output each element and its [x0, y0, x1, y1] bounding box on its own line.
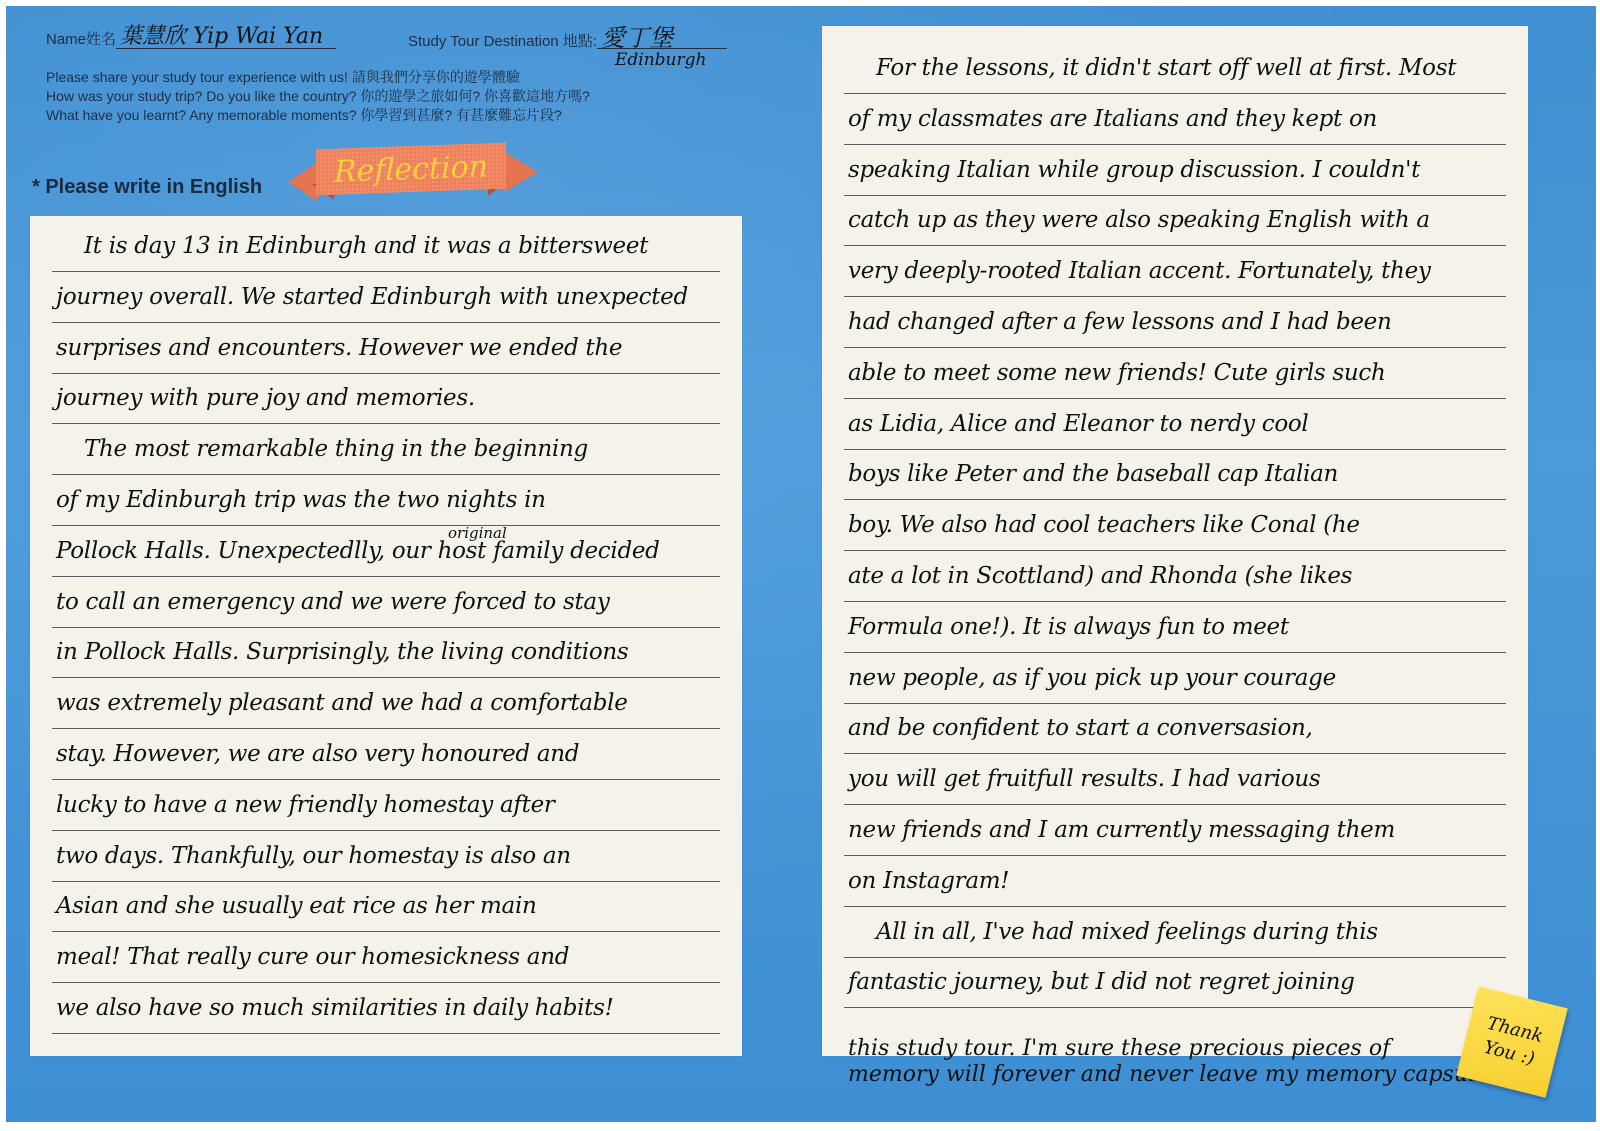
- handwritten-line: you will get fruitfull results. I had va…: [844, 753, 1506, 805]
- destination-english: Edinburgh: [615, 50, 706, 70]
- handwritten-line: of my Edinburgh trip was the two nights …: [52, 474, 720, 526]
- destination-value: 愛丁堡: [597, 28, 727, 49]
- destination-field: Study Tour Destination 地點:愛丁堡: [408, 28, 727, 51]
- reflection-banner: Reflection: [288, 138, 538, 210]
- handwritten-line: It is day 13 in Edinburgh and it was a b…: [52, 220, 720, 272]
- name-label: Name姓名: [46, 31, 116, 48]
- ribbon-tail-right: [504, 152, 538, 192]
- prompt-line: What have you learnt? Any memorable mome…: [46, 106, 590, 125]
- handwritten-line: journey with pure joy and memories.: [52, 372, 720, 424]
- handwritten-line: For the lessons, it didn't start off wel…: [844, 42, 1506, 94]
- handwritten-line: of my classmates are Italians and they k…: [844, 93, 1506, 145]
- handwritten-line: on Instagram!: [844, 855, 1506, 907]
- handwritten-line: and be confident to start a conversasion…: [844, 702, 1506, 754]
- handwritten-line: stay. However, we are also very honoured…: [52, 728, 720, 780]
- left-writing-panel: It is day 13 in Edinburgh and it was a b…: [30, 216, 742, 1056]
- handwritten-line: as Lidia, Alice and Eleanor to nerdy coo…: [844, 398, 1506, 450]
- handwritten-line: we also have so much similarities in dai…: [52, 982, 720, 1034]
- handwritten-line: was extremely pleasant and we had a comf…: [52, 677, 720, 729]
- handwritten-line: The most remarkable thing in the beginni…: [52, 423, 720, 475]
- handwritten-line: speaking Italian while group discussion.…: [844, 144, 1506, 196]
- handwritten-line: in Pollock Halls. Surprisingly, the livi…: [52, 626, 720, 678]
- destination-label: Study Tour Destination 地點:: [408, 33, 597, 50]
- handwritten-line: All in all, I've had mixed feelings duri…: [844, 906, 1506, 958]
- handwritten-line: journey overall. We started Edinburgh wi…: [52, 271, 720, 323]
- handwritten-line: catch up as they were also speaking Engl…: [844, 194, 1506, 246]
- handwritten-line: boys like Peter and the baseball cap Ita…: [844, 448, 1506, 500]
- overflow-line: memory will forever and never leave my m…: [848, 1062, 1495, 1088]
- handwritten-line: lucky to have a new friendly homestay af…: [52, 779, 720, 831]
- banner-title: Reflection: [316, 143, 506, 196]
- handwritten-line: ate a lot in Scottland) and Rhonda (she …: [844, 550, 1506, 602]
- handwritten-line: two days. Thankfully, our homestay is al…: [52, 830, 720, 882]
- handwritten-line: fantastic journey, but I did not regret …: [844, 956, 1506, 1008]
- overflow-line: this study tour. I'm sure these precious…: [848, 1036, 1390, 1062]
- handwritten-line: to call an emergency and we were forced …: [52, 576, 720, 628]
- handwritten-line: surprises and encounters. However we end…: [52, 322, 720, 374]
- handwritten-line: Formula one!). It is always fun to meet: [844, 601, 1506, 653]
- handwritten-line: Pollock Halls. Unexpectedlly, our host f…: [52, 525, 720, 577]
- handwritten-line: new friends and I am currently messaging…: [844, 804, 1506, 856]
- instruction-text: * Please write in English: [32, 176, 262, 199]
- handwritten-line: had changed after a few lessons and I ha…: [844, 296, 1506, 348]
- right-writing-panel: For the lessons, it didn't start off wel…: [822, 26, 1528, 1056]
- prompt-questions: Please share your study tour experience …: [46, 68, 590, 125]
- handwritten-line: able to meet some new friends! Cute girl…: [844, 347, 1506, 399]
- prompt-line: Please share your study tour experience …: [46, 68, 590, 87]
- prompt-line: How was your study trip? Do you like the…: [46, 87, 590, 106]
- handwritten-line: meal! That really cure our homesickness …: [52, 931, 720, 983]
- name-value: 葉慧欣 Yip Wai Yan: [116, 26, 336, 49]
- handwritten-line: Asian and she usually eat rice as her ma…: [52, 880, 720, 932]
- handwritten-line: very deeply-rooted Italian accent. Fortu…: [844, 245, 1506, 297]
- handwritten-line: boy. We also had cool teachers like Cona…: [844, 499, 1506, 551]
- handwritten-line: new people, as if you pick up your coura…: [844, 652, 1506, 704]
- insertion-note: original: [448, 524, 507, 542]
- name-field: Name姓名葉慧欣 Yip Wai Yan: [46, 26, 336, 49]
